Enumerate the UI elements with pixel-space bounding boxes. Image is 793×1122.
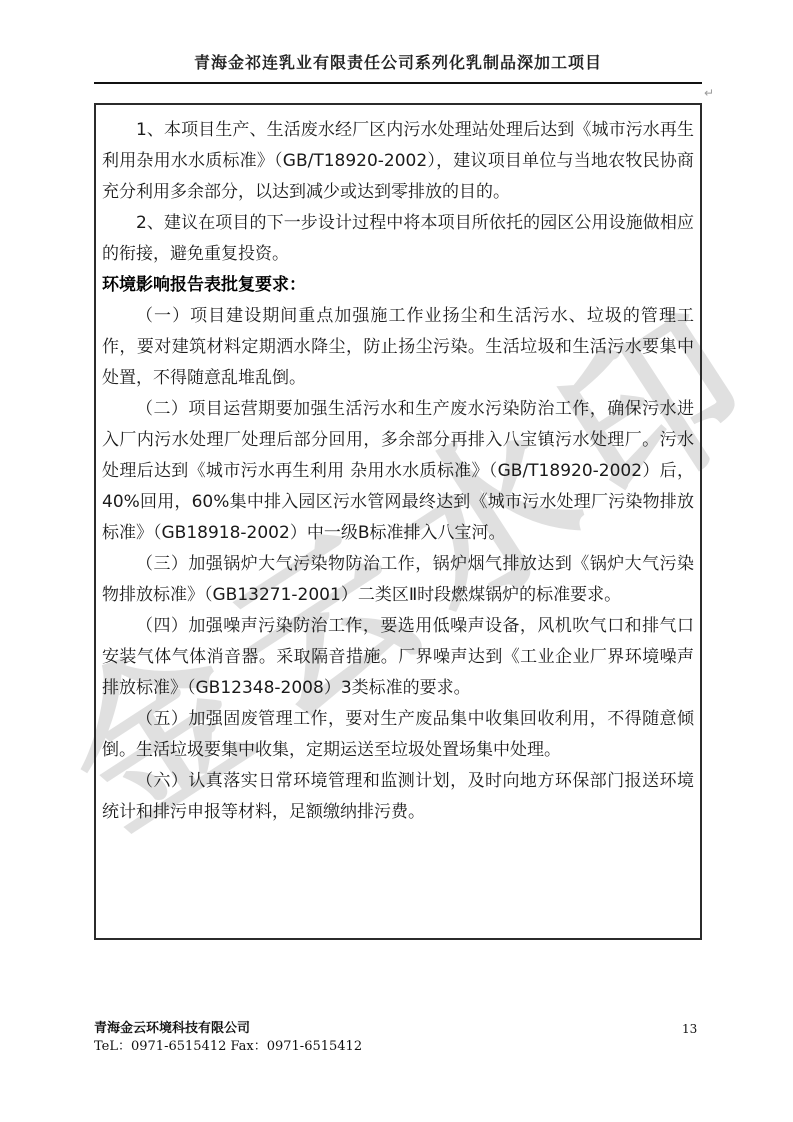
report-paragraph: （一）项目建设期间重点加强施工作业扬尘和生活污水、垃圾的管理工作，要对建筑材料定… (102, 301, 694, 394)
report-paragraph: （二）项目运营期要加强生活污水和生产废水污染防治工作，确保污水进入厂内污水处理厂… (102, 394, 694, 549)
report-paragraph: 1、本项目生产、生活废水经厂区内污水处理站处理后达到《城市污水再生利用杂用水水质… (102, 115, 694, 208)
report-paragraph: （三）加强锅炉大气污染物防治工作，锅炉烟气排放达到《锅炉大气污染物排放标准》（G… (102, 549, 694, 611)
footer-contact-info: TeL：0971-6515412 Fax：0971-6515412 (94, 1038, 702, 1056)
report-paragraph: 2、建议在项目的下一步设计过程中将本项目所依托的园区公用设施做相应的衔接，避免重… (102, 208, 694, 270)
section-heading: 环境影响报告表批复要求： (102, 270, 694, 301)
report-paragraph: （六）认真落实日常环境管理和监测计划，及时向地方环保部门报送环境统计和排污申报等… (102, 766, 694, 828)
header-rule (94, 82, 702, 84)
footer-company-name: 青海金云环境科技有限公司 (94, 1020, 702, 1038)
page-header-title: 青海金祁连乳业有限责任公司系列化乳制品深加工项目 (94, 50, 702, 73)
page-number: 13 (682, 1022, 697, 1036)
report-paragraph: （五）加强固废管理工作，要对生产废品集中收集回收利用，不得随意倾倒。生活垃圾要集… (102, 704, 694, 766)
page-footer: 青海金云环境科技有限公司 TeL：0971-6515412 Fax：0971-6… (94, 1020, 702, 1056)
document-page: 青海金祁连乳业有限责任公司系列化乳制品深加工项目 ↵ 金云水印 1、本项目生产、… (0, 0, 793, 1122)
report-box: 1、本项目生产、生活废水经厂区内污水处理站处理后达到《城市污水再生利用杂用水水质… (94, 103, 702, 940)
report-paragraph: （四）加强噪声污染防治工作，要选用低噪声设备，风机吹气口和排气口安装气体气体消音… (102, 611, 694, 704)
paragraph-anchor-icon: ↵ (704, 86, 714, 100)
report-body: 1、本项目生产、生活废水经厂区内污水处理站处理后达到《城市污水再生利用杂用水水质… (102, 115, 694, 828)
